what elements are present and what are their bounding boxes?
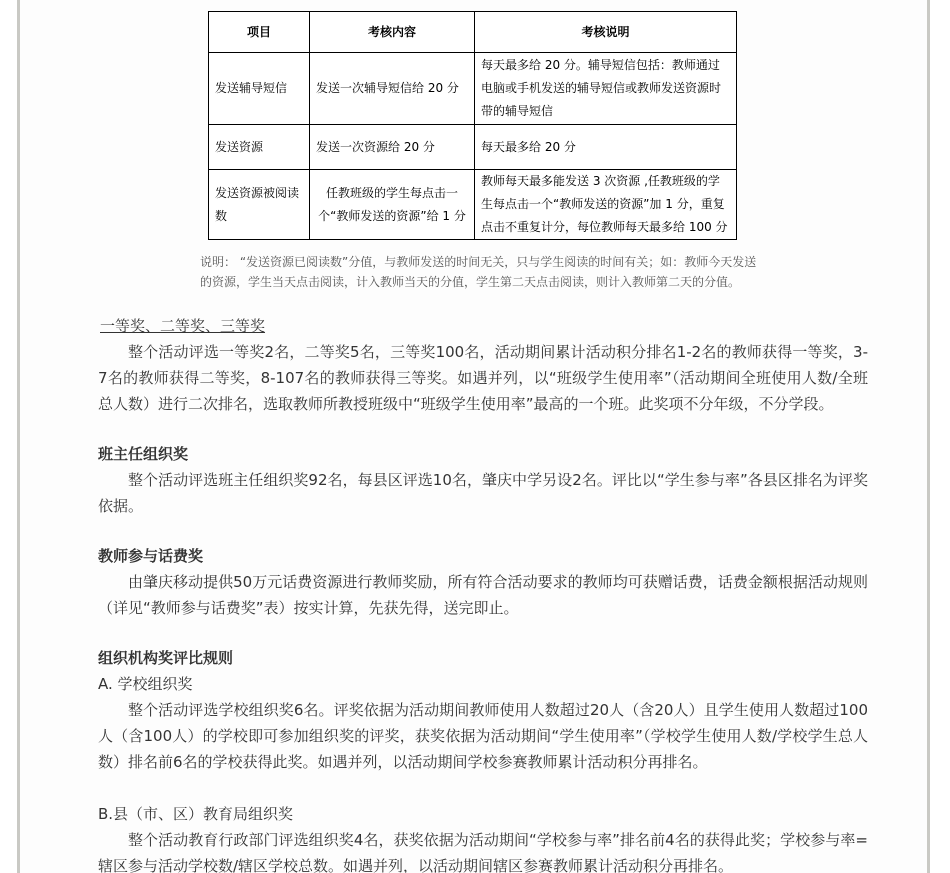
section-headteacher-award: 班主任组织奖 整个活动评选班主任组织奖92名，每县区评选10名，肇庆中学另设2名… (98, 441, 868, 519)
table-cell: 发送资源 (209, 125, 310, 170)
section-heading: 组织机构奖评比规则 (98, 645, 868, 671)
table-row: 发送资源被阅读数 任教班级的学生每点击一个“教师发送的资源”给 1 分 教师每天… (209, 170, 737, 240)
table-cell: 教师每天最多能发送 3 次资源 ,任教班级的学生每点击一个“教师发送的资源”加 … (475, 170, 737, 240)
table-cell: 每天最多给 20 分。辅导短信包括：教师通过电脑或手机发送的辅导短信或教师发送资… (475, 53, 737, 125)
section-body: 由肇庆移动提供50万元话费资源进行教师奖励，所有符合活动要求的教师均可获赠话费，… (98, 569, 868, 621)
section-heading: 班主任组织奖 (98, 441, 868, 467)
section-heading: 一等奖、二等奖、三等奖 (98, 313, 868, 339)
subsection-body: 整个活动教育行政部门评选组织奖4名，获奖依据为活动期间“学校参与率”排名前4名的… (98, 827, 868, 873)
section-body: 整个活动评选一等奖2名，二等奖5名，三等奖100名，活动期间累计活动积分排名1-… (98, 339, 868, 417)
table-cell: 发送一次辅导短信给 20 分 (310, 53, 475, 125)
table-header: 考核内容 (310, 12, 475, 53)
table-header: 项目 (209, 12, 310, 53)
section-organization-rules: 组织机构奖评比规则 A. 学校组织奖 整个活动评选学校组织奖6名。评奖依据为活动… (98, 645, 868, 873)
table-row: 发送资源 发送一次资源给 20 分 每天最多给 20 分 (209, 125, 737, 170)
table-cell: 发送资源被阅读数 (209, 170, 310, 240)
subsection-title: B.县（市、区）教育局组织奖 (98, 801, 868, 827)
section-heading: 教师参与话费奖 (98, 543, 868, 569)
table-header: 考核说明 (475, 12, 737, 53)
table-cell: 每天最多给 20 分 (475, 125, 737, 170)
table-row: 发送辅导短信 发送一次辅导短信给 20 分 每天最多给 20 分。辅导短信包括：… (209, 53, 737, 125)
section-teacher-phone-award: 教师参与话费奖 由肇庆移动提供50万元话费资源进行教师奖励，所有符合活动要求的教… (98, 543, 868, 621)
spacer (98, 775, 868, 801)
section-body: 整个活动评选班主任组织奖92名，每县区评选10名，肇庆中学另设2名。评比以“学生… (98, 467, 868, 519)
subsection-body: 整个活动评选学校组织奖6名。评奖依据为活动期间教师使用人数超过20人（含20人）… (98, 697, 868, 775)
table-header-row: 项目 考核内容 考核说明 (209, 12, 737, 53)
section-prizes: 一等奖、二等奖、三等奖 整个活动评选一等奖2名，二等奖5名，三等奖100名，活动… (98, 313, 868, 417)
subsection-title: A. 学校组织奖 (98, 671, 868, 697)
table-cell: 发送辅导短信 (209, 53, 310, 125)
table-cell: 发送一次资源给 20 分 (310, 125, 475, 170)
table-cell: 任教班级的学生每点击一个“教师发送的资源”给 1 分 (310, 170, 475, 240)
scoring-table: 项目 考核内容 考核说明 发送辅导短信 发送一次辅导短信给 20 分 每天最多给… (208, 11, 737, 240)
table-note: 说明： “发送资源已阅读数”分值，与教师发送的时间无关，只与学生阅读的时间有关；… (200, 252, 765, 292)
